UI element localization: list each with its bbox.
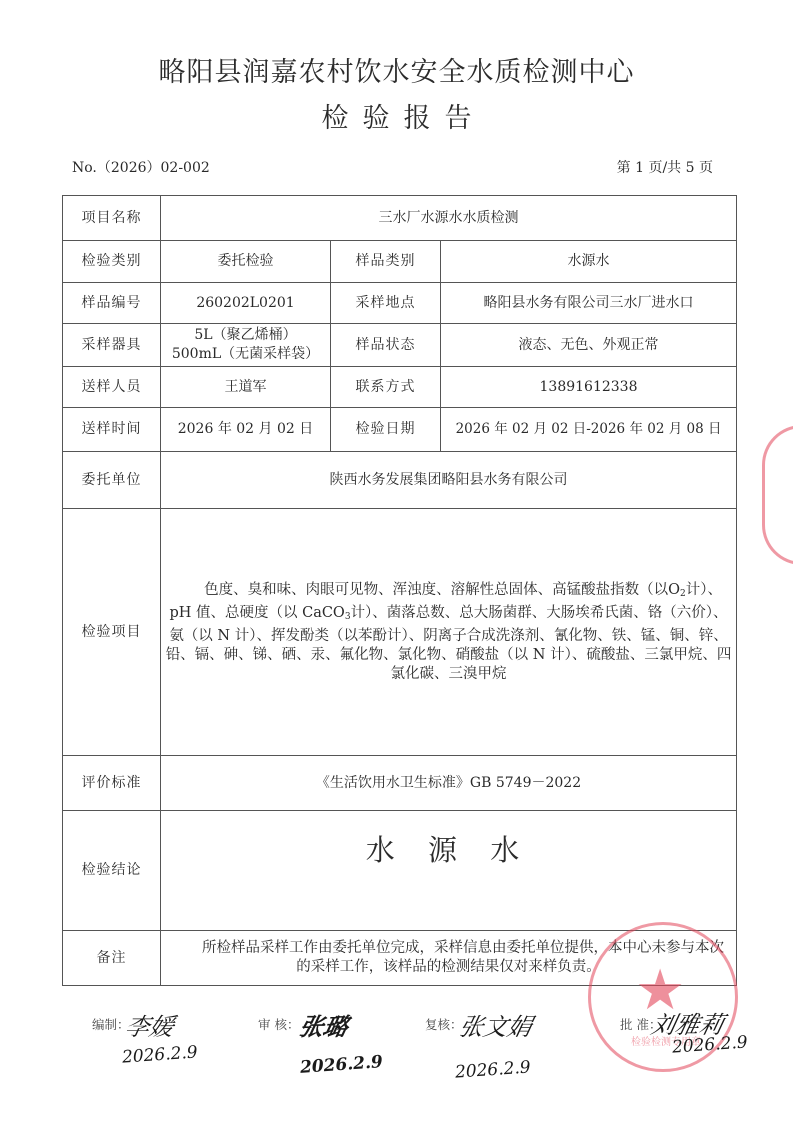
row-submitter: 送样人员 王道军 联系方式 13891612338 (63, 367, 737, 408)
compiled-date: 2026.2.9 (121, 1042, 198, 1067)
inspection-items-text-1: 色度、臭和味、肉眼可见物、浑浊度、溶解性总固体、高锰酸盐指数（以O (204, 582, 680, 598)
contact-label: 联系方式 (331, 367, 441, 408)
client-value: 陕西水务发展集团略阳县水务有限公司 (161, 452, 737, 509)
submitter-value: 王道军 (161, 367, 331, 408)
sampling-location-value: 略阳县水务有限公司三水厂进水口 (441, 283, 737, 324)
inspection-date-label: 检验日期 (331, 408, 441, 452)
submitter-label: 送样人员 (63, 367, 161, 408)
submission-time-value: 2026 年 02 月 02 日 (161, 408, 331, 452)
page-indicator: 第 1 页/共 5 页 (617, 157, 713, 177)
contact-value: 13891612338 (441, 367, 737, 408)
project-name-label: 项目名称 (63, 196, 161, 241)
evaluation-standard-value: 《生活饮用水卫生标准》GB 5749－2022 (161, 756, 737, 811)
seam-stamp (762, 425, 793, 565)
evaluation-standard-label: 评价标准 (63, 756, 161, 811)
rechecked-signature: 张文娟 (456, 1007, 535, 1042)
rechecked-date: 2026.2.9 (454, 1057, 531, 1082)
conclusion-value: 水 源 水 (161, 811, 737, 931)
inspection-items-label: 检验项目 (63, 509, 161, 756)
report-number: No.（2026）02-002 (72, 157, 210, 177)
sample-type-label: 样品类别 (331, 241, 441, 283)
inspection-type-label: 检验类别 (63, 241, 161, 283)
signature-row: 编制： 李媛 2026.2.9 审 核： 张璐 2026.2.9 复核： 张文娟… (0, 1005, 793, 1095)
inspection-items-value: 色度、臭和味、肉眼可见物、浑浊度、溶解性总固体、高锰酸盐指数（以O2计）、pH … (161, 509, 737, 756)
reviewed-date: 2026.2.9 (299, 1052, 383, 1078)
inspection-date-value: 2026 年 02 月 02 日-2026 年 02 月 08 日 (441, 408, 737, 452)
client-label: 委托单位 (63, 452, 161, 509)
reviewed-signature: 张璐 (296, 1007, 351, 1042)
sample-id-value: 260202L0201 (161, 283, 331, 324)
sample-state-value: 液态、无色、外观正常 (441, 324, 737, 367)
sampling-equipment-label: 采样器具 (63, 324, 161, 367)
row-sample-id: 样品编号 260202L0201 采样地点 略阳县水务有限公司三水厂进水口 (63, 283, 737, 324)
rechecked-label: 复核： (425, 1015, 463, 1033)
reviewed-label: 审 核： (258, 1015, 299, 1033)
document-title: 检验报告 (0, 96, 793, 135)
sampling-location-label: 采样地点 (331, 283, 441, 324)
row-submission-time: 送样时间 2026 年 02 月 02 日 检验日期 2026 年 02 月 0… (63, 408, 737, 452)
row-inspection-items: 检验项目 色度、臭和味、肉眼可见物、浑浊度、溶解性总固体、高锰酸盐指数（以O2计… (63, 509, 737, 756)
sample-id-label: 样品编号 (63, 283, 161, 324)
row-inspection-type: 检验类别 委托检验 样品类别 水源水 (63, 241, 737, 283)
sample-state-label: 样品状态 (331, 324, 441, 367)
sample-type-value: 水源水 (441, 241, 737, 283)
project-name-value: 三水厂水源水水质检测 (161, 196, 737, 241)
row-conclusion: 检验结论 水 源 水 (63, 811, 737, 931)
sampling-equipment-value: 5L（聚乙烯桶） 500mL（无菌采样袋） (161, 324, 331, 367)
row-evaluation-standard: 评价标准 《生活饮用水卫生标准》GB 5749－2022 (63, 756, 737, 811)
row-project-name: 项目名称 三水厂水源水水质检测 (63, 196, 737, 241)
conclusion-label: 检验结论 (63, 811, 161, 931)
submission-time-label: 送样时间 (63, 408, 161, 452)
sampling-equipment-line2: 500mL（无菌采样袋） (165, 345, 326, 364)
organization-title: 略阳县润嘉农村饮水安全水质检测中心 (0, 50, 793, 89)
row-sampling-equipment: 采样器具 5L（聚乙烯桶） 500mL（无菌采样袋） 样品状态 液态、无色、外观… (63, 324, 737, 367)
sampling-equipment-line1: 5L（聚乙烯桶） (165, 326, 326, 345)
inspection-type-value: 委托检验 (161, 241, 331, 283)
remarks-label: 备注 (63, 931, 161, 986)
compiled-signature: 李媛 (122, 1007, 177, 1042)
row-client: 委托单位 陕西水务发展集团略阳县水务有限公司 (63, 452, 737, 509)
approved-date: 2026.2.9 (671, 1032, 748, 1057)
report-table: 项目名称 三水厂水源水水质检测 检验类别 委托检验 样品类别 水源水 样品编号 … (62, 195, 737, 986)
